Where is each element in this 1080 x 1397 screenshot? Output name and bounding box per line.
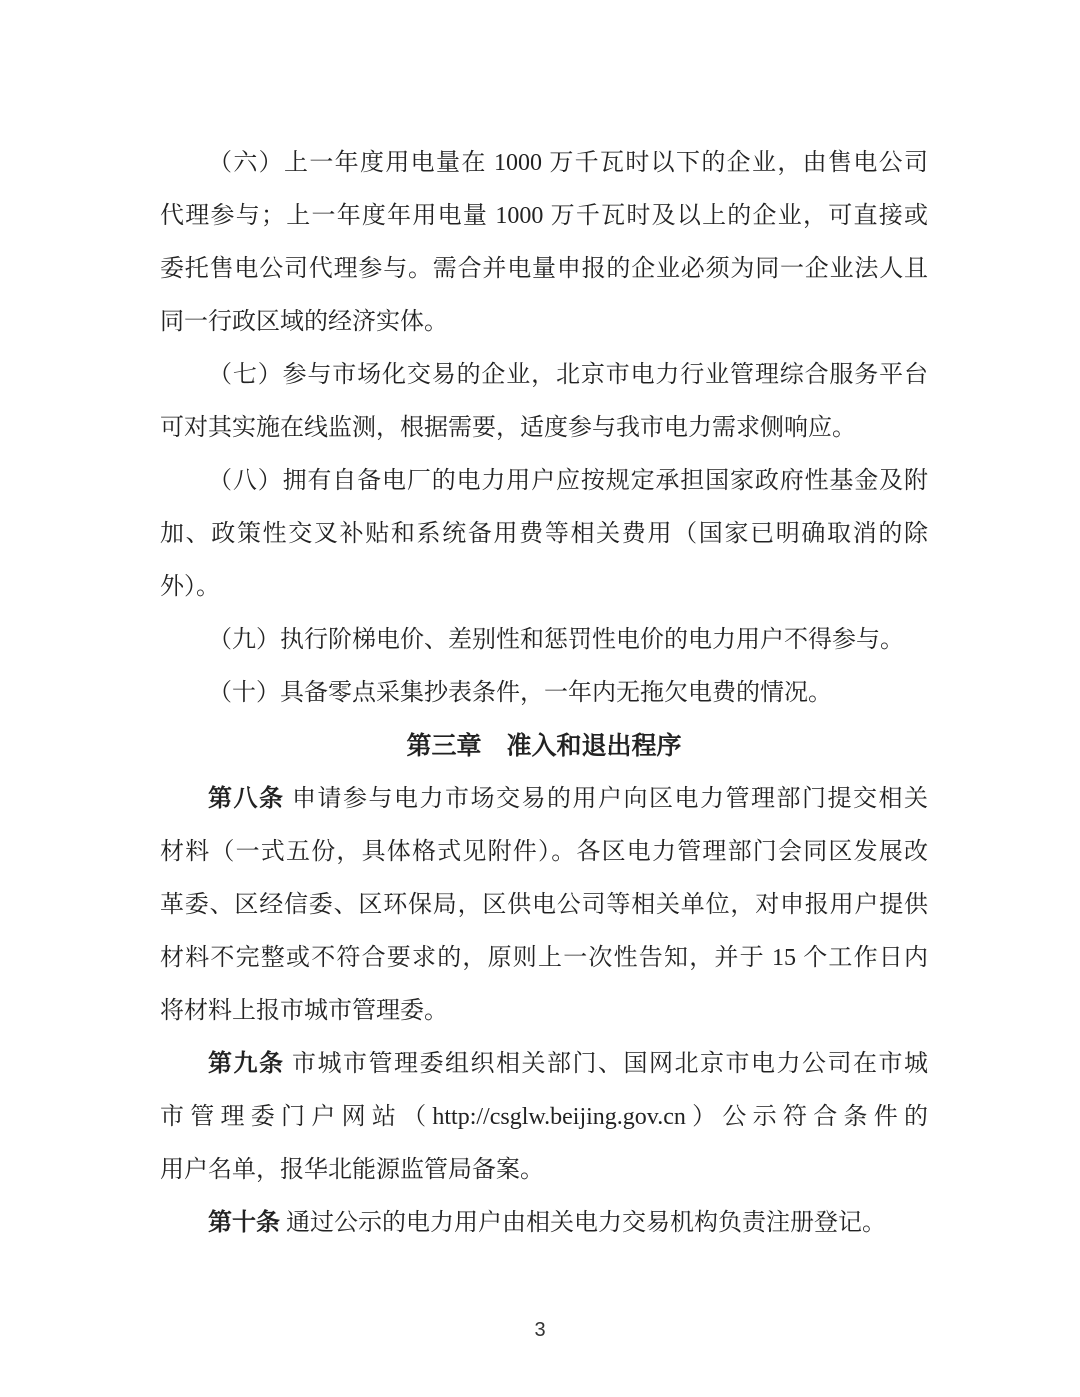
text-line: 第十条 通过公示的电力用户由相关电力交易机构负责注册登记。 bbox=[160, 1197, 928, 1250]
body-text: 申请参与电力市场交易的用户向区电力管理部门提交相关 bbox=[285, 786, 929, 812]
body-text: 将材料上报市城市管理委。 bbox=[160, 998, 448, 1024]
body-text: 可对其实施在线监测，根据需要，适度参与我市电力需求侧响应。 bbox=[160, 415, 856, 441]
text-line: （九）执行阶梯电价、差别性和惩罚性电价的电力用户不得参与。 bbox=[160, 614, 928, 667]
body-text: 外）。 bbox=[160, 574, 220, 600]
text-line: 革委、区经信委、区环保局，区供电公司等相关单位，对申报用户提供 bbox=[160, 879, 928, 932]
text-line: （六）上一年度用电量在 1000 万千瓦时以下的企业，由售电公司 bbox=[160, 137, 928, 190]
body-text: 委托售电公司代理参与。需合并电量申报的企业必须为同一企业法人且 bbox=[160, 256, 928, 282]
text-line: 加、政策性交叉补贴和系统备用费等相关费用（国家已明确取消的除 bbox=[160, 508, 928, 561]
text-line: 同一行政区域的经济实体。 bbox=[160, 296, 928, 349]
clause-6: （六）上一年度用电量在 1000 万千瓦时以下的企业，由售电公司代理参与；上一年… bbox=[160, 137, 928, 349]
text-line: 第三章 准入和退出程序 bbox=[160, 720, 928, 773]
text-block: （六）上一年度用电量在 1000 万千瓦时以下的企业，由售电公司代理参与；上一年… bbox=[160, 137, 928, 1250]
text-line: 将材料上报市城市管理委。 bbox=[160, 985, 928, 1038]
bold-text: 第十条 bbox=[208, 1210, 280, 1236]
text-line: 可对其实施在线监测，根据需要，适度参与我市电力需求侧响应。 bbox=[160, 402, 928, 455]
body-text: 通过公示的电力用户由相关电力交易机构负责注册登记。 bbox=[280, 1210, 886, 1236]
body-text: 加、政策性交叉补贴和系统备用费等相关费用（国家已明确取消的除 bbox=[160, 521, 928, 547]
text-line: （八）拥有自备电厂的电力用户应按规定承担国家政府性基金及附 bbox=[160, 455, 928, 508]
text-line: 市管理委门户网站（http://csglw.beijing.gov.cn）公示符… bbox=[160, 1091, 928, 1144]
clause-7: （七）参与市场化交易的企业，北京市电力行业管理综合服务平台可对其实施在线监测，根… bbox=[160, 349, 928, 455]
text-line: 第九条 市城市管理委组织相关部门、国网北京市电力公司在市城 bbox=[160, 1038, 928, 1091]
bold-text: 第三章 准入和退出程序 bbox=[406, 733, 681, 760]
text-line: 材料不完整或不符合要求的，原则上一次性告知，并于 15 个工作日内 bbox=[160, 932, 928, 985]
body-text: （六）上一年度用电量在 1000 万千瓦时以下的企业，由售电公司 bbox=[208, 150, 928, 176]
body-text: 用户名单，报华北能源监管局备案。 bbox=[160, 1157, 544, 1183]
page-number: 3 bbox=[0, 1305, 1080, 1355]
text-line: 委托售电公司代理参与。需合并电量申报的企业必须为同一企业法人且 bbox=[160, 243, 928, 296]
body-text: 材料（一式五份，具体格式见附件）。各区电力管理部门会同区发展改 bbox=[160, 839, 928, 865]
body-text: （七）参与市场化交易的企业，北京市电力行业管理综合服务平台 bbox=[208, 362, 928, 388]
body-text: 材料不完整或不符合要求的，原则上一次性告知，并于 15 个工作日内 bbox=[160, 945, 928, 971]
body-text: 市城市管理委组织相关部门、国网北京市电力公司在市城 bbox=[285, 1051, 929, 1077]
body-text: （十）具备零点采集抄表条件，一年内无拖欠电费的情况。 bbox=[208, 680, 832, 706]
clause-8: （八）拥有自备电厂的电力用户应按规定承担国家政府性基金及附加、政策性交叉补贴和系… bbox=[160, 455, 928, 614]
body-text: （九）执行阶梯电价、差别性和惩罚性电价的电力用户不得参与。 bbox=[208, 627, 904, 653]
text-line: 用户名单，报华北能源监管局备案。 bbox=[160, 1144, 928, 1197]
clause-9: （九）执行阶梯电价、差别性和惩罚性电价的电力用户不得参与。 bbox=[160, 614, 928, 667]
text-line: 材料（一式五份，具体格式见附件）。各区电力管理部门会同区发展改 bbox=[160, 826, 928, 879]
body-text: （八）拥有自备电厂的电力用户应按规定承担国家政府性基金及附 bbox=[208, 468, 928, 494]
bold-text: 第九条 bbox=[208, 1051, 285, 1077]
article-8: 第八条 申请参与电力市场交易的用户向区电力管理部门提交相关材料（一式五份，具体格… bbox=[160, 773, 928, 1038]
bold-text: 第八条 bbox=[208, 786, 285, 812]
body-text: 代理参与；上一年度年用电量 1000 万千瓦时及以上的企业，可直接或 bbox=[160, 203, 928, 229]
text-line: 第八条 申请参与电力市场交易的用户向区电力管理部门提交相关 bbox=[160, 773, 928, 826]
text-line: （七）参与市场化交易的企业，北京市电力行业管理综合服务平台 bbox=[160, 349, 928, 402]
chapter-3-heading: 第三章 准入和退出程序 bbox=[160, 720, 928, 773]
body-text: 市管理委门户网站（http://csglw.beijing.gov.cn）公示符… bbox=[160, 1104, 928, 1130]
text-line: 外）。 bbox=[160, 561, 928, 614]
body-text: 同一行政区域的经济实体。 bbox=[160, 309, 448, 335]
article-9: 第九条 市城市管理委组织相关部门、国网北京市电力公司在市城市管理委门户网站（ht… bbox=[160, 1038, 928, 1197]
body-text: 革委、区经信委、区环保局，区供电公司等相关单位，对申报用户提供 bbox=[160, 892, 928, 918]
document-page: （六）上一年度用电量在 1000 万千瓦时以下的企业，由售电公司代理参与；上一年… bbox=[0, 0, 1080, 1397]
article-10: 第十条 通过公示的电力用户由相关电力交易机构负责注册登记。 bbox=[160, 1197, 928, 1250]
text-line: （十）具备零点采集抄表条件，一年内无拖欠电费的情况。 bbox=[160, 667, 928, 720]
text-line: 代理参与；上一年度年用电量 1000 万千瓦时及以上的企业，可直接或 bbox=[160, 190, 928, 243]
clause-10: （十）具备零点采集抄表条件，一年内无拖欠电费的情况。 bbox=[160, 667, 928, 720]
